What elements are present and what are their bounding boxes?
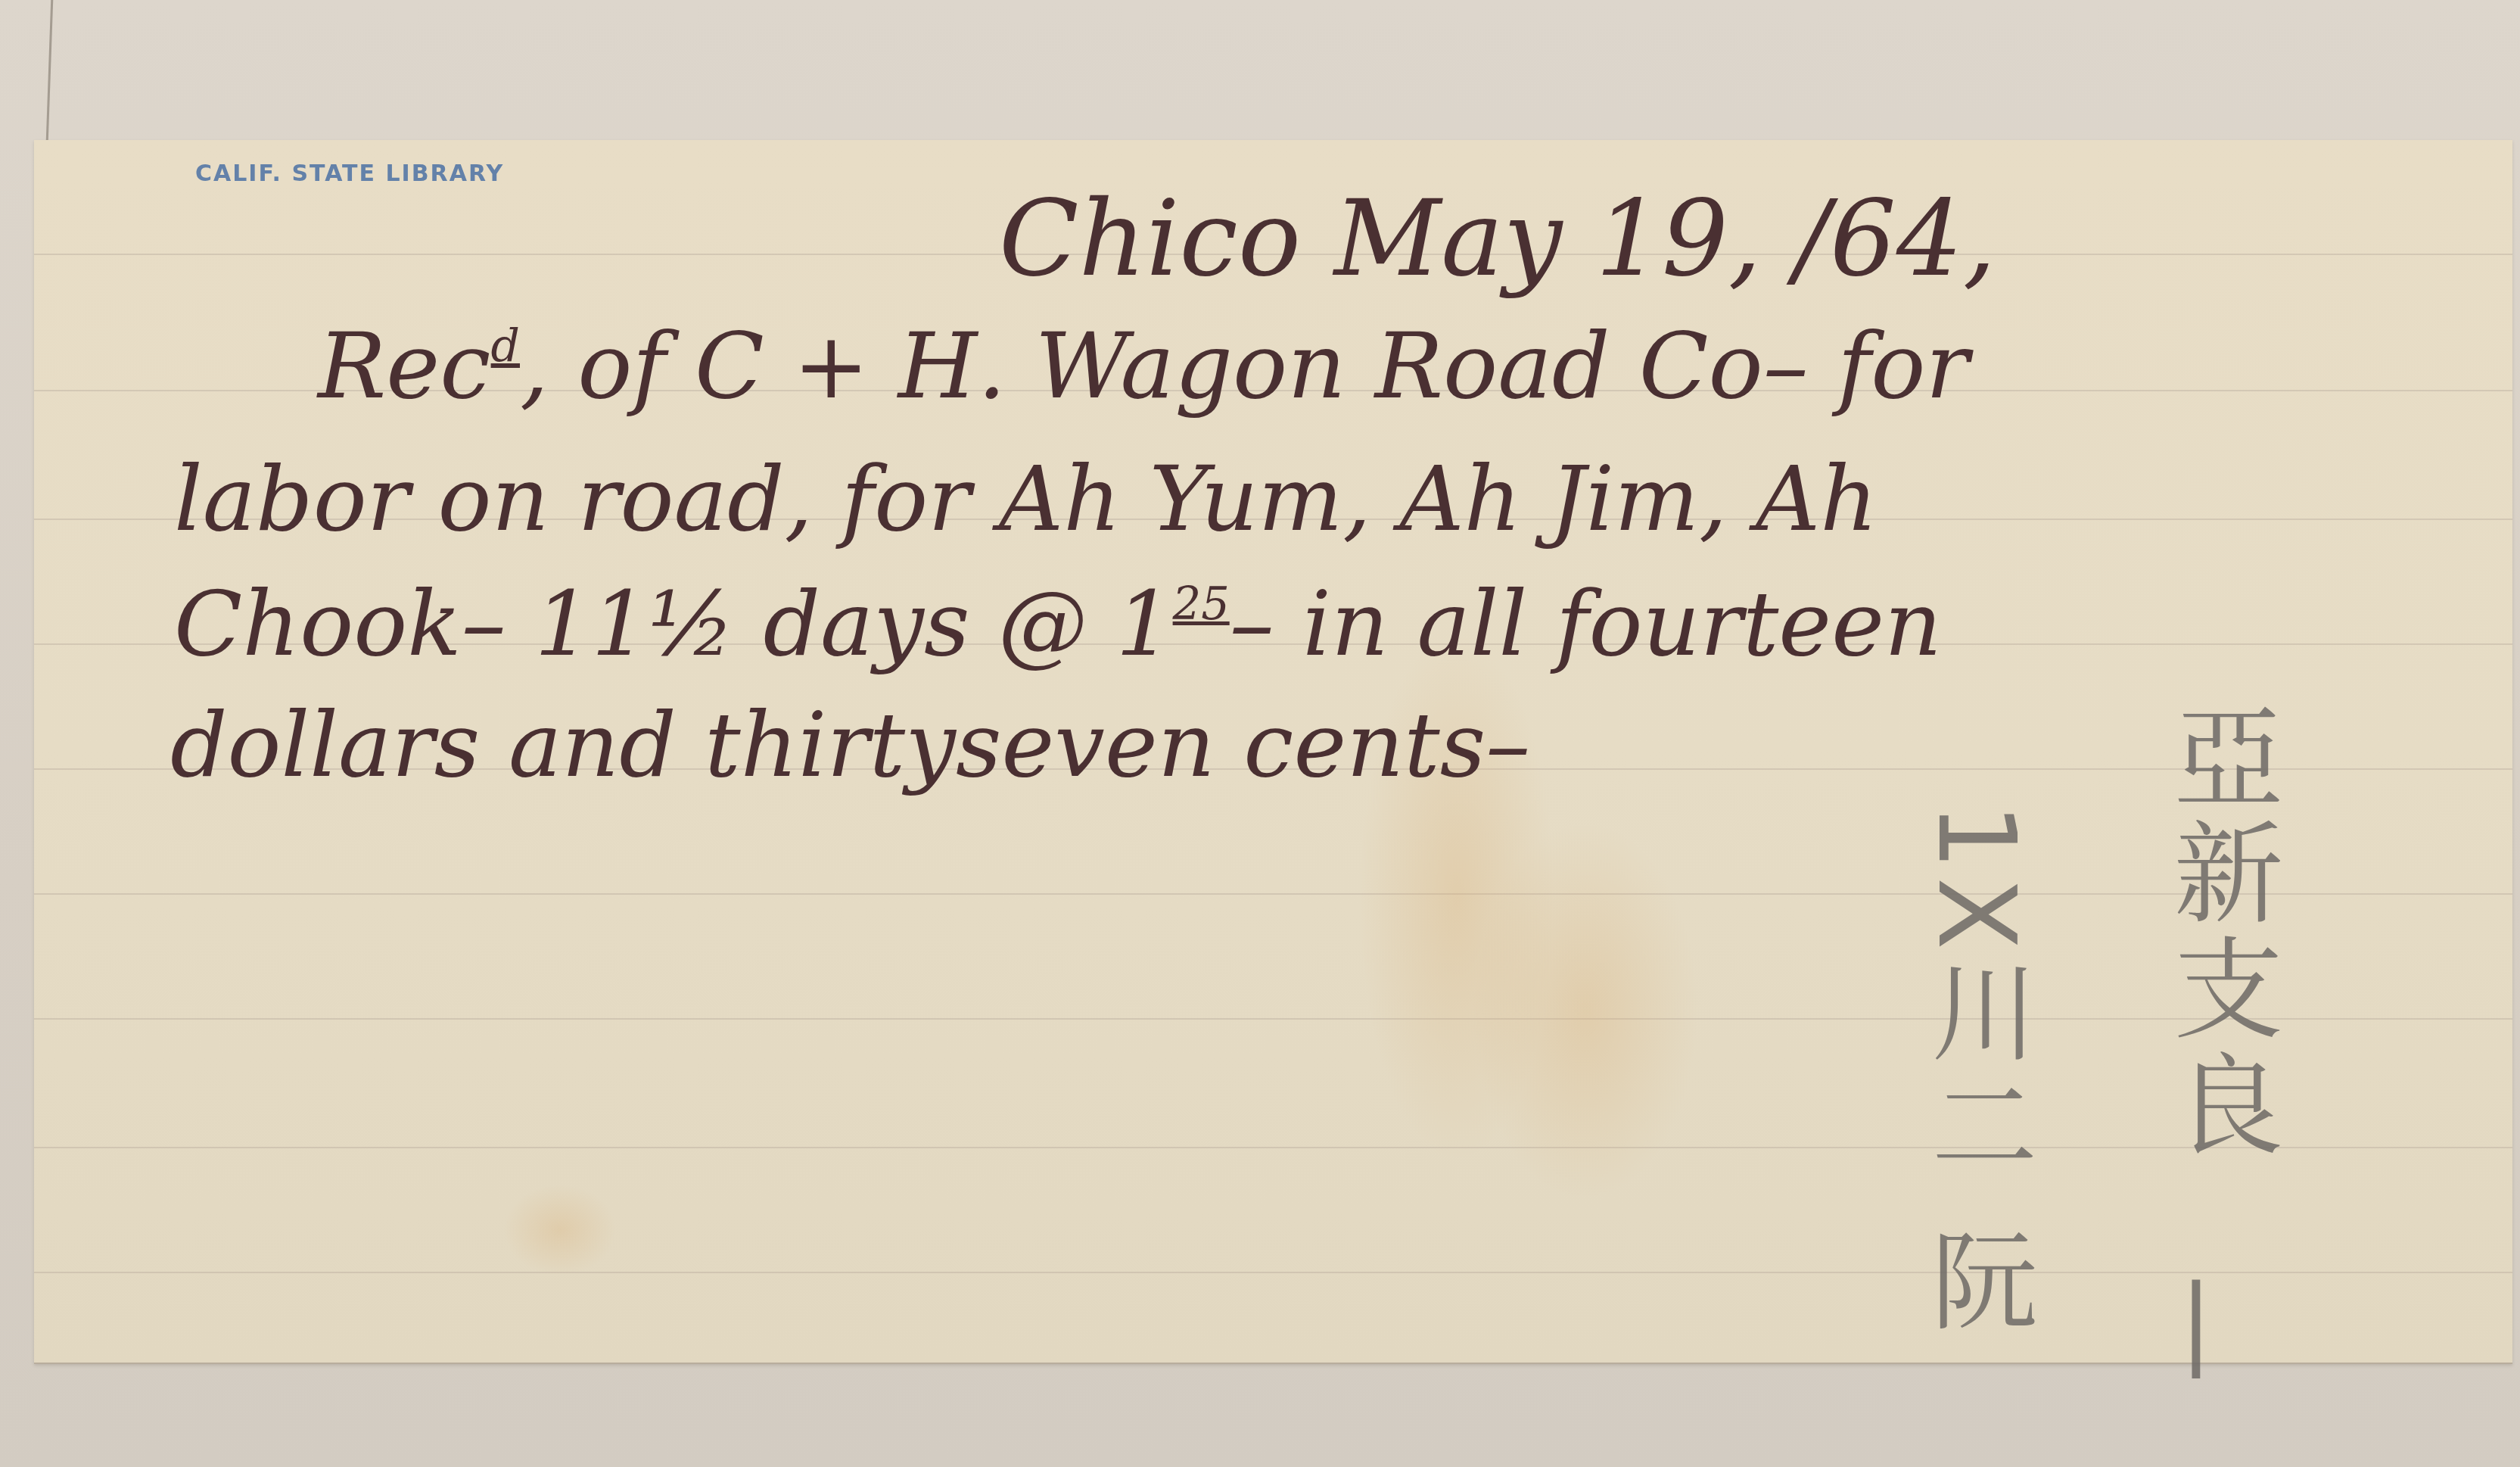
line-1-text-start: Rec xyxy=(318,314,491,419)
ruled-line xyxy=(34,1018,2512,1020)
date-line: Chico May 19, /64, xyxy=(999,178,1996,300)
chinese-signature-right-column: 亞新支良 xyxy=(2153,700,2274,1163)
water-stain xyxy=(1472,821,1699,1200)
receipt-line-1: Recd, of C + H. Wagon Road Co– for xyxy=(318,314,1969,419)
line-1-text-end: , of C + H. Wagon Road Co– for xyxy=(520,314,1969,419)
line-3-text-start: Chook– 11½ days @ 1 xyxy=(174,572,1173,676)
line-1-superscript: d xyxy=(491,319,520,372)
chinese-signature-left-column: 1X川二 阮 xyxy=(1907,802,2028,1339)
ruled-line xyxy=(34,1147,2512,1148)
receipt-line-2: labor on road, for Ah Yum, Ah Jim, Ah xyxy=(174,447,1878,551)
receipt-line-3: Chook– 11½ days @ 125– in all fourteen xyxy=(174,572,1942,676)
line-3-superscript: 25 xyxy=(1173,578,1230,630)
ruled-line xyxy=(34,1272,2512,1273)
receipt-line-4: dollars and thirtyseven cents– xyxy=(170,693,1530,797)
water-stain xyxy=(503,1185,617,1275)
library-stamp: CALIF. STATE LIBRARY xyxy=(195,160,504,187)
line-3-text-end: – in all fourteen xyxy=(1230,572,1942,676)
ruled-line xyxy=(34,893,2512,895)
pencil-mark: | xyxy=(2179,1272,2213,1370)
